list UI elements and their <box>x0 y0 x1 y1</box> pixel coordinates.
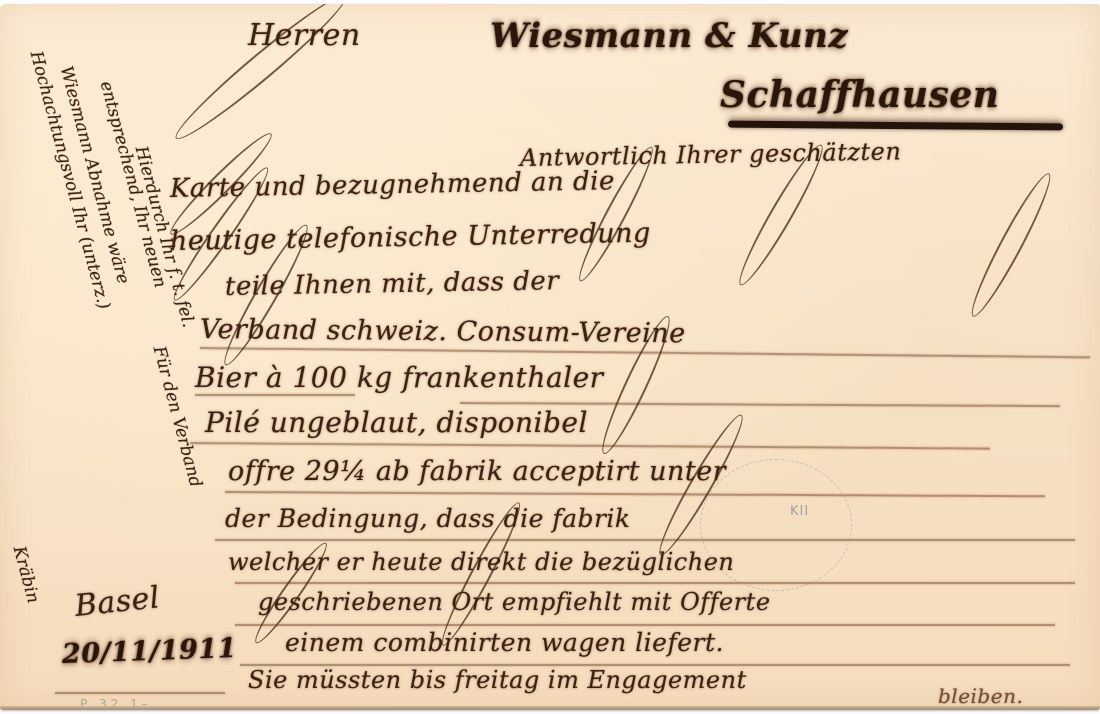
closing-place: Basel <box>73 580 161 624</box>
body-line-3: heutige telefonische Unterredung <box>170 218 651 257</box>
body-line-5: Verband schweiz. Consum-Vereine <box>200 314 686 349</box>
ruled-line <box>235 582 1075 584</box>
salutation: Herren <box>248 18 361 53</box>
body-line-10: welcher er heute direkt die bezüglichen <box>228 548 734 576</box>
ruled-line <box>190 442 990 450</box>
closing-date: 20/11/1911 <box>61 633 237 670</box>
body-line-13: Sie müssten bis freitag im Engagement <box>248 666 747 694</box>
body-line-14: bleiben. <box>938 684 1023 708</box>
postcard: Herren Wiesmann & Kunz Schaffhausen Antw… <box>0 4 1100 710</box>
body-line-4: teile Ihnen mit, dass der <box>225 266 560 302</box>
body-line-11: geschriebenen Ort empfiehlt mit Offerte <box>258 588 771 616</box>
postmark-text: KII <box>790 504 809 519</box>
address-underline <box>728 121 1063 131</box>
ruled-line <box>55 692 225 694</box>
body-line-6: Bier à 100 kg frankenthaler <box>195 361 604 394</box>
ruled-line <box>215 539 1075 541</box>
postmark-stamp <box>700 459 852 591</box>
ruled-line <box>235 624 1055 626</box>
pen-stroke <box>963 168 1058 321</box>
body-line-2: Karte und bezugnehmend an die <box>170 166 615 204</box>
recipient-name: Wiesmann & Kunz <box>490 16 848 56</box>
body-line-8: offre 29¼ ab fabrik acceptirt unter <box>228 456 726 487</box>
body-line-9: der Bedingung, dass die fabrik <box>225 504 631 533</box>
body-line-12: einem combinirten wagen liefert. <box>285 628 724 657</box>
card-edge <box>0 706 1100 710</box>
margin-note-line-6: Kräbin <box>9 544 43 605</box>
ruled-line <box>225 491 1045 497</box>
recipient-place: Schaffhausen <box>720 74 999 116</box>
body-line-7: Pilé ungeblaut, disponibel <box>205 406 588 439</box>
ruled-line <box>195 394 355 396</box>
